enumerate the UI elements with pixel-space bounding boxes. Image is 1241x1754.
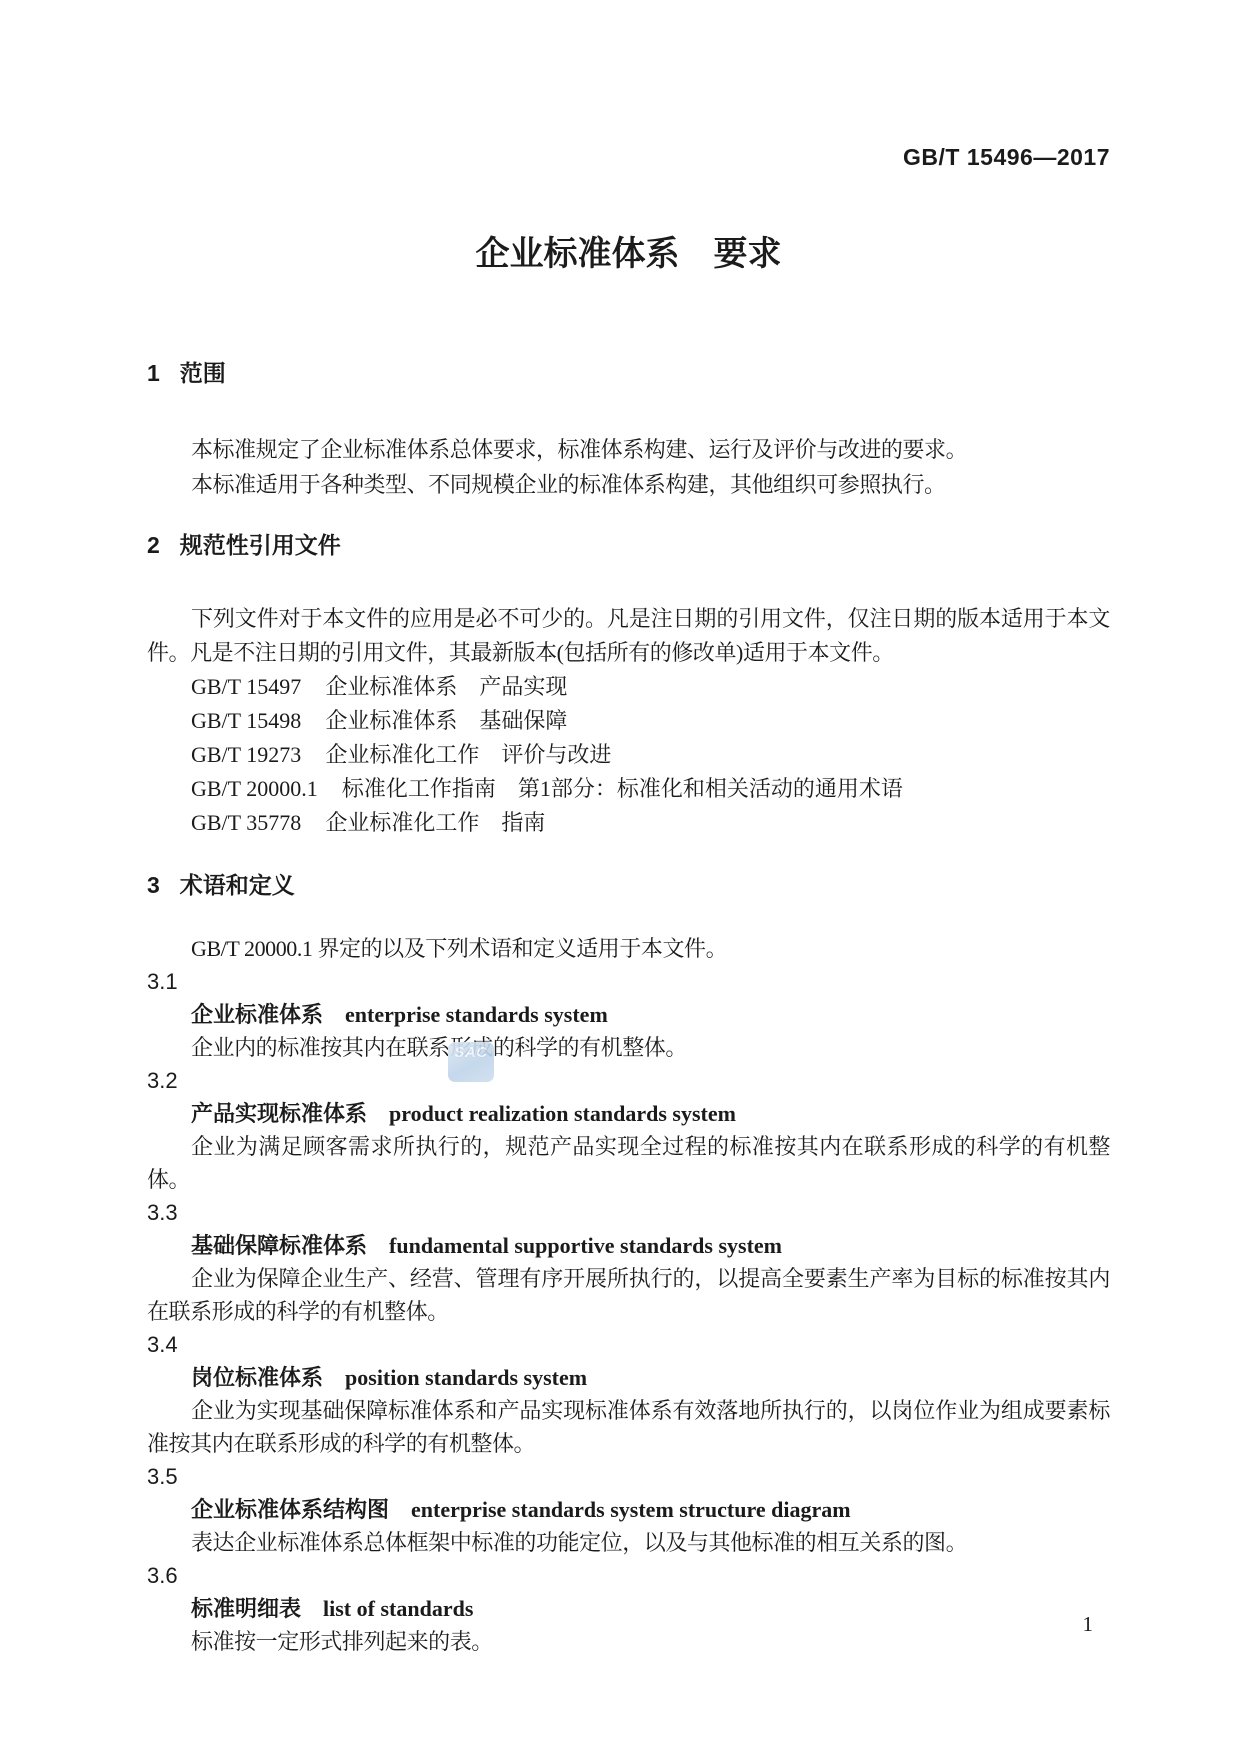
term-title-english: position standards system: [345, 1365, 587, 1390]
section-3-body: GB/T 20000.1 界定的以及下列术语和定义适用于本文件。 3.1 企业标…: [147, 932, 1110, 1658]
section-2-heading: 2规范性引用文件: [147, 530, 1110, 560]
reference-code: GB/T 35778: [191, 810, 301, 835]
term-definition: 表达企业标准体系总体框架中标准的功能定位，以及与其他标准的相互关系的图。: [147, 1526, 1110, 1559]
reference-title: 标准化工作指南 第1部分：标准化和相关活动的通用术语: [342, 776, 903, 801]
reference-code: GB/T 20000.1: [191, 776, 318, 801]
term-number: 3.2: [147, 1064, 1110, 1097]
term-title: 企业标准体系enterprise standards system: [147, 998, 1110, 1031]
term-title-english: fundamental supportive standards system: [389, 1233, 782, 1258]
document-title: 企业标准体系 要求: [147, 232, 1110, 276]
reference-title: 企业标准体系 产品实现: [325, 674, 567, 699]
term-number: 3.3: [147, 1196, 1110, 1229]
term-title-english: list of standards: [323, 1596, 473, 1621]
document-page: GB/T 15496—2017 企业标准体系 要求 1范围 本标准规定了企业标准…: [0, 0, 1241, 1754]
page-number: 1: [1083, 1612, 1094, 1637]
reference-item: GB/T 20000.1标准化工作指南 第1部分：标准化和相关活动的通用术语: [147, 772, 1110, 806]
sac-watermark-logo: SAC: [448, 1042, 494, 1082]
section-3-number: 3: [147, 872, 160, 898]
reference-item: GB/T 15498企业标准体系 基础保障: [147, 704, 1110, 738]
term-title-chinese: 基础保障标准体系: [191, 1233, 367, 1258]
sac-watermark-text: SAC: [454, 1042, 487, 1064]
section-2-number: 2: [147, 532, 160, 558]
term-title-chinese: 企业标准体系结构图: [191, 1497, 389, 1522]
term-title: 企业标准体系结构图enterprise standards system str…: [147, 1493, 1110, 1526]
reference-item: GB/T 15497企业标准体系 产品实现: [147, 670, 1110, 704]
section-3-title: 术语和定义: [180, 872, 295, 898]
term-title: 岗位标准体系position standards system: [147, 1361, 1110, 1394]
reference-code: GB/T 19273: [191, 742, 301, 767]
term-definition: 企业为满足顾客需求所执行的，规范产品实现全过程的标准按其内在联系形成的科学的有机…: [147, 1130, 1110, 1196]
section-1-number: 1: [147, 360, 160, 386]
section-3-heading: 3术语和定义: [147, 870, 1110, 900]
section-1-paragraph: 本标准适用于各种类型、不同规模企业的标准体系构建，其他组织可参照执行。: [147, 467, 1110, 502]
section-1-paragraph: 本标准规定了企业标准体系总体要求，标准体系构建、运行及评价与改进的要求。: [147, 432, 1110, 467]
reference-code: GB/T 15498: [191, 708, 301, 733]
term-definition: 企业为保障企业生产、经营、管理有序开展所执行的，以提高全要素生产率为目标的标准按…: [147, 1262, 1110, 1328]
reference-title: 企业标准化工作 指南: [325, 810, 545, 835]
term-number: 3.6: [147, 1559, 1110, 1592]
section-2-intro: 下列文件对于本文件的应用是必不可少的。凡是注日期的引用文件，仅注日期的版本适用于…: [147, 602, 1110, 670]
term-title-chinese: 企业标准体系: [191, 1002, 323, 1027]
section-1-title: 范围: [180, 360, 226, 386]
reference-title: 企业标准化工作 评价与改进: [325, 742, 611, 767]
term-definition: 企业为实现基础保障标准体系和产品实现标准体系有效落地所执行的，以岗位作业为组成要…: [147, 1394, 1110, 1460]
term-definition: 标准按一定形式排列起来的表。: [147, 1625, 1110, 1658]
reference-code: GB/T 15497: [191, 674, 301, 699]
section-1-heading: 1范围: [147, 358, 1110, 388]
page-content: GB/T 15496—2017 企业标准体系 要求 1范围 本标准规定了企业标准…: [147, 0, 1110, 1658]
section-3-intro: GB/T 20000.1 界定的以及下列术语和定义适用于本文件。: [147, 932, 1110, 965]
term-title-chinese: 标准明细表: [191, 1596, 301, 1621]
term-title: 产品实现标准体系product realization standards sy…: [147, 1097, 1110, 1130]
term-title-english: product realization standards system: [389, 1101, 736, 1126]
reference-item: GB/T 35778企业标准化工作 指南: [147, 806, 1110, 840]
term-title-english: enterprise standards system: [345, 1002, 608, 1027]
reference-item: GB/T 19273企业标准化工作 评价与改进: [147, 738, 1110, 772]
term-title: 基础保障标准体系fundamental supportive standards…: [147, 1229, 1110, 1262]
term-title: 标准明细表list of standards: [147, 1592, 1110, 1625]
term-definition: 企业内的标准按其内在联系形成的科学的有机整体。: [147, 1031, 1110, 1064]
reference-title: 企业标准体系 基础保障: [325, 708, 567, 733]
term-title-english: enterprise standards system structure di…: [411, 1497, 851, 1522]
term-title-chinese: 岗位标准体系: [191, 1365, 323, 1390]
term-number: 3.4: [147, 1328, 1110, 1361]
section-2-body: 下列文件对于本文件的应用是必不可少的。凡是注日期的引用文件，仅注日期的版本适用于…: [147, 602, 1110, 840]
term-number: 3.1: [147, 965, 1110, 998]
term-title-chinese: 产品实现标准体系: [191, 1101, 367, 1126]
standard-code-header: GB/T 15496—2017: [147, 142, 1110, 172]
section-2-title: 规范性引用文件: [180, 532, 341, 558]
term-number: 3.5: [147, 1460, 1110, 1493]
